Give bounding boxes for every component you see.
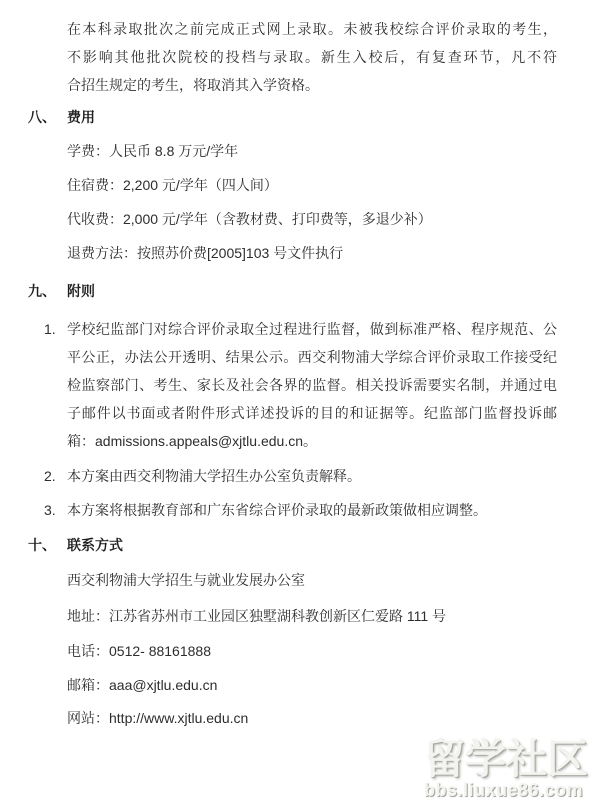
section-number: 十、 (28, 531, 67, 559)
contact-office-line: 西交利物浦大学招生与就业发展办公室 (67, 566, 567, 594)
rules-item1-line-2: 平公正，办法公开透明、结果公示。西交利物浦大学综合评价录取工作接受纪 (67, 343, 557, 371)
intro-paragraph: 在本科录取批次之前完成正式网上录取。未被我校综合评价录取的考生， 不影响其他批次… (67, 15, 557, 99)
fee-line-refund: 退费方法：按照苏价费[2005]103 号文件执行 (67, 239, 567, 267)
section-number: 八、 (28, 103, 67, 131)
intro-line-3: 合招生规定的考生，将取消其入学资格。 (67, 71, 557, 99)
section-heading-rules: 九、附则 (28, 277, 591, 305)
rules-list-item-3: 3. 本方案将根据教育部和广东省综合评价录取的最新政策做相应调整。 (44, 496, 591, 524)
rules-item1-line-3: 检监察部门、考生、家长及社会各界的监督。相关投诉需要实名制，并通过电 (67, 371, 557, 399)
section-title: 联系方式 (67, 537, 123, 553)
section-title: 附则 (67, 283, 95, 299)
contact-email-line: 邮箱：aaa@xjtlu.edu.cn (67, 671, 567, 699)
contact-address-line: 地址：江苏省苏州市工业园区独墅湖科教创新区仁爱路 111 号 (67, 602, 567, 630)
list-marker: 3. (44, 496, 67, 524)
intro-line-1: 在本科录取批次之前完成正式网上录取。未被我校综合评价录取的考生， (67, 15, 557, 43)
watermark-title: 留学社区 (424, 738, 588, 780)
rules-list-item-2: 2. 本方案由西交利物浦大学招生办公室负责解释。 (44, 462, 591, 490)
rules-item1-line-5: 箱：admissions.appeals@xjtlu.edu.cn。 (67, 427, 557, 455)
contact-phone-line: 电话：0512- 88161888 (67, 637, 567, 665)
section-heading-contact: 十、联系方式 (28, 531, 591, 559)
section-title: 费用 (67, 109, 95, 125)
section-heading-fees: 八、费用 (28, 103, 591, 131)
intro-line-2: 不影响其他批次院校的投档与录取。新生入校后，有复查环节，凡不符 (67, 43, 557, 71)
document-page: 在本科录取批次之前完成正式网上录取。未被我校综合评价录取的考生， 不影响其他批次… (0, 0, 591, 805)
fee-line-accommodation: 住宿费：2,200 元/学年（四人间） (67, 171, 567, 199)
watermark-url: bbs.liuxue86.com (424, 780, 588, 800)
list-marker: 1. (44, 315, 67, 455)
watermark: 留学社区 bbs.liuxue86.com (424, 738, 588, 800)
rules-item1-line-4: 子邮件以书面或者附件形式详述投诉的目的和证据等。纪监部门监督投诉邮 (67, 399, 557, 427)
list-marker: 2. (44, 462, 67, 490)
contact-website-line: 网站：http://www.xjtlu.edu.cn (67, 704, 567, 732)
list-item-text: 学校纪监部门对综合评价录取全过程进行监督，做到标准严格、程序规范、公 平公正，办… (67, 315, 557, 455)
list-item-text: 本方案将根据教育部和广东省综合评价录取的最新政策做相应调整。 (67, 496, 557, 524)
list-item-text: 本方案由西交利物浦大学招生办公室负责解释。 (67, 462, 557, 490)
fee-line-tuition: 学费：人民币 8.8 万元/学年 (67, 137, 567, 165)
rules-item1-line-1: 学校纪监部门对综合评价录取全过程进行监督，做到标准严格、程序规范、公 (67, 315, 557, 343)
fee-line-collection: 代收费：2,000 元/学年（含教材费、打印费等，多退少补） (67, 205, 567, 233)
rules-list-item-1: 1. 学校纪监部门对综合评价录取全过程进行监督，做到标准严格、程序规范、公 平公… (44, 315, 591, 455)
section-number: 九、 (28, 277, 67, 305)
